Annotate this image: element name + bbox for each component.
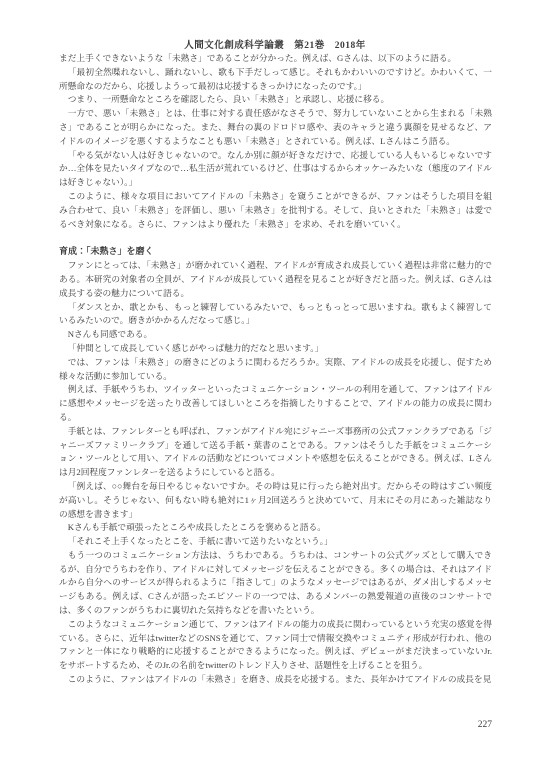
- paragraph: ファンにとっては、「未熟さ」が磨かれていく過程、アイドルが育成され成長していく過…: [59, 259, 492, 300]
- paragraph: このようなコミュニケーション通じて、ファンはアイドルの能力の成長に関わっていると…: [59, 618, 492, 673]
- paragraph: では、ファンは「未熟さ」の磨きにどのように関わるだろうか。実際、アイドルの成長を…: [59, 356, 492, 384]
- paragraph: Nさんも同感である。: [59, 328, 492, 342]
- paragraph: 例えば、手紙やうちわ、ツイッターといったコミュニケーション・ツールの利用を通して…: [59, 383, 492, 424]
- paragraph: Kさんも手紙で頑張ったところや成長したところを褒めると語る。: [59, 521, 492, 535]
- section-heading: 育成：「未熟さ」を磨く: [59, 245, 492, 259]
- paragraph: つまり、一所懸命なところを確認したら、良い「未熟さ」と承認し、応援に移る。: [59, 93, 492, 107]
- paragraph: 「それこそ上手くなったとこを、手紙に書いて送りたいなという。」: [59, 535, 492, 549]
- document-page: 人間文化創成科学論叢 第21巻 2018年 まだ上手くできないような「未熟さ」で…: [0, 0, 550, 775]
- paragraph: もう一つのコミュニケーション方法は、うちわである。うちわは、コンサートの公式グッ…: [59, 549, 492, 618]
- paragraph: 一方で、悪い「未熟さ」とは、仕事に対する責任感がなさそうで、努力していないことか…: [59, 107, 492, 148]
- paragraph: このように、ファンはアイドルの「未熟さ」を磨き、成長を応援する。また、長年かけて…: [59, 673, 492, 687]
- page-number: 227: [478, 720, 492, 730]
- paragraph: 「最初全然喋れないし、踊れないし、歌も下手だしって感じ。それもかわいいのですけど…: [59, 66, 492, 94]
- paragraph: 「仲間として成長していく感じがやっぱ魅力的だなと思います。」: [59, 342, 492, 356]
- paragraph: 「ダンスとか、歌とかも、もっと練習しているみたいで、もっともっとって思いますね。…: [59, 301, 492, 329]
- paragraph: 手紙とは、ファンレターとも呼ばれ、ファンがアイドル宛にジャニーズ事務所の公式ファ…: [59, 425, 492, 480]
- paragraph: 「やる気がない人は好きじゃないので。なんか別に顔が好きなだけで、応援している人も…: [59, 149, 492, 190]
- journal-header: 人間文化創成科学論叢 第21巻 2018年: [0, 37, 550, 51]
- paragraph: まだ上手くできないような「未熟さ」であることが分かった。例えば、Gさんは、以下の…: [59, 52, 492, 66]
- body-text: まだ上手くできないような「未熟さ」であることが分かった。例えば、Gさんは、以下の…: [59, 52, 492, 687]
- paragraph: このように、様々な項目においてアイドルの「未熟さ」を窺うことができるが、ファンは…: [59, 190, 492, 231]
- paragraph: 「例えば、○○舞台を毎日やるじゃないですか。その時は見に行ったら絶対出す。だから…: [59, 480, 492, 521]
